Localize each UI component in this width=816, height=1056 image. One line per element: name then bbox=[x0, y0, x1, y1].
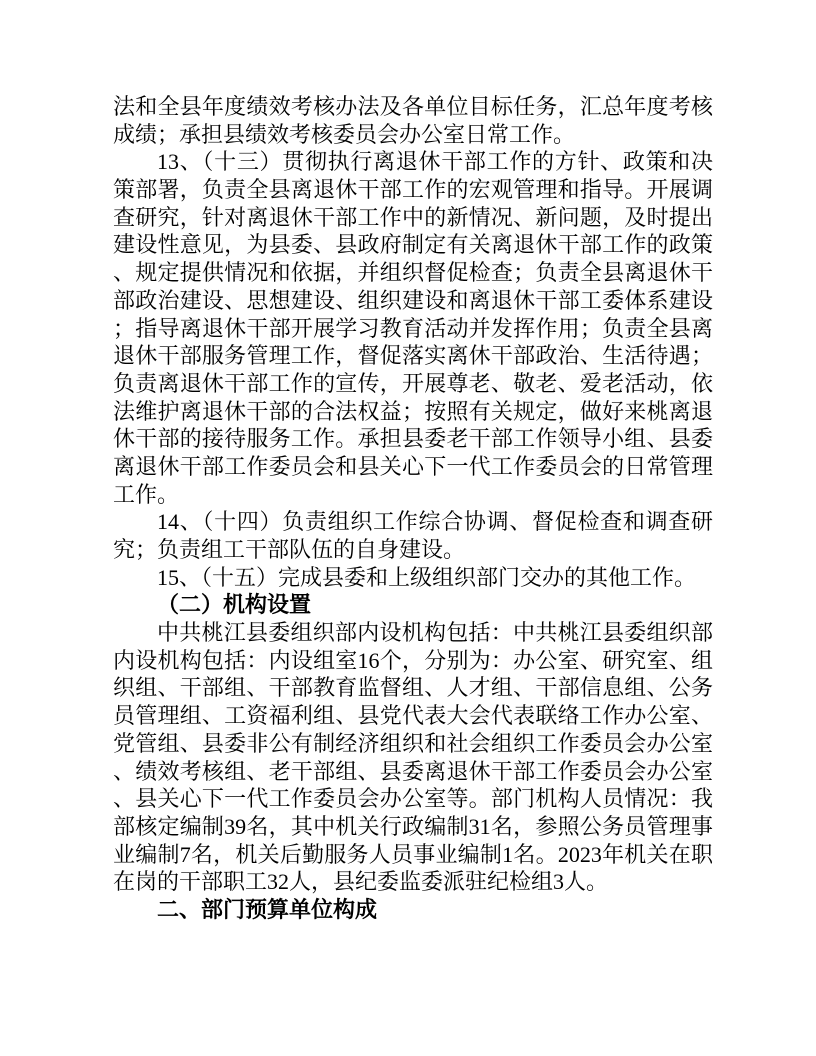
text-line: 内设机构包括：内设组室16个，分别为：办公室、研究室、组 bbox=[113, 647, 713, 675]
text-line: 部核定编制39名，其中机关行政编制31名，参照公务员管理事 bbox=[113, 813, 713, 841]
section-heading: （二）机构设置 bbox=[113, 591, 713, 619]
text-line: 织组、干部组、干部教育监督组、人才组、干部信息组、公务 bbox=[113, 674, 713, 702]
text-line: 14、（十四）负责组织工作综合协调、督促检查和调查研 bbox=[113, 508, 713, 536]
text-line: 、规定提供情况和依据，并组织督促检查；负责全县离退休干 bbox=[113, 259, 713, 287]
text-line: 、县关心下一代工作委员会办公室等。部门机构人员情况：我 bbox=[113, 785, 713, 813]
text-line: 13、（十三）贯彻执行离退休干部工作的方针、政策和决 bbox=[113, 148, 713, 176]
paragraph: 13、（十三）贯彻执行离退休干部工作的方针、政策和决策部署，负责全县离退休干部工… bbox=[113, 148, 713, 508]
text-line: 二、部门预算单位构成 bbox=[113, 896, 713, 924]
text-line: 、绩效考核组、老干部组、县委离退休干部工作委员会办公室 bbox=[113, 758, 713, 786]
text-line: 法维护离退休干部的合法权益；按照有关规定，做好来桃离退 bbox=[113, 398, 713, 426]
paragraph: 法和全县年度绩效考核办法及各单位目标任务，汇总年度考核成绩；承担县绩效考核委员会… bbox=[113, 93, 713, 148]
text-line: 成绩；承担县绩效考核委员会办公室日常工作。 bbox=[113, 121, 713, 149]
paragraph: 14、（十四）负责组织工作综合协调、督促检查和调查研究；负责组工干部队伍的自身建… bbox=[113, 508, 713, 563]
document-body: 法和全县年度绩效考核办法及各单位目标任务，汇总年度考核成绩；承担县绩效考核委员会… bbox=[113, 93, 713, 924]
text-line: 在岗的干部职工32人，县纪委监委派驻纪检组3人。 bbox=[113, 868, 713, 896]
text-line: ；指导离退休干部开展学习教育活动并发挥作用；负责全县离 bbox=[113, 315, 713, 343]
text-line: 法和全县年度绩效考核办法及各单位目标任务，汇总年度考核 bbox=[113, 93, 713, 121]
document-page: 法和全县年度绩效考核办法及各单位目标任务，汇总年度考核成绩；承担县绩效考核委员会… bbox=[0, 0, 816, 1056]
text-line: 究；负责组工干部队伍的自身建设。 bbox=[113, 536, 713, 564]
section-heading: 二、部门预算单位构成 bbox=[113, 896, 713, 924]
text-line: 离退休干部工作委员会和县关心下一代工作委员会的日常管理 bbox=[113, 453, 713, 481]
text-line: （二）机构设置 bbox=[113, 591, 713, 619]
text-line: 工作。 bbox=[113, 481, 713, 509]
text-line: 策部署，负责全县离退休干部工作的宏观管理和指导。开展调 bbox=[113, 176, 713, 204]
paragraph: 中共桃江县委组织部内设机构包括：中共桃江县委组织部内设机构包括：内设组室16个，… bbox=[113, 619, 713, 896]
text-line: 退休干部服务管理工作，督促落实离休干部政治、生活待遇； bbox=[113, 342, 713, 370]
text-line: 15、（十五）完成县委和上级组织部门交办的其他工作。 bbox=[113, 564, 713, 592]
text-line: 负责离退休干部工作的宣传，开展尊老、敬老、爱老活动，依 bbox=[113, 370, 713, 398]
text-line: 党管组、县委非公有制经济组织和社会组织工作委员会办公室 bbox=[113, 730, 713, 758]
text-line: 业编制7名，机关后勤服务人员事业编制1名。2023年机关在职 bbox=[113, 841, 713, 869]
text-line: 部政治建设、思想建设、组织建设和离退休干部工委体系建设 bbox=[113, 287, 713, 315]
text-line: 查研究，针对离退休干部工作中的新情况、新问题，及时提出 bbox=[113, 204, 713, 232]
paragraph: 15、（十五）完成县委和上级组织部门交办的其他工作。 bbox=[113, 564, 713, 592]
text-line: 休干部的接待服务工作。承担县委老干部工作领导小组、县委 bbox=[113, 425, 713, 453]
text-line: 中共桃江县委组织部内设机构包括：中共桃江县委组织部 bbox=[113, 619, 713, 647]
text-line: 建设性意见，为县委、县政府制定有关离退休干部工作的政策 bbox=[113, 231, 713, 259]
text-line: 员管理组、工资福利组、县党代表大会代表联络工作办公室、 bbox=[113, 702, 713, 730]
